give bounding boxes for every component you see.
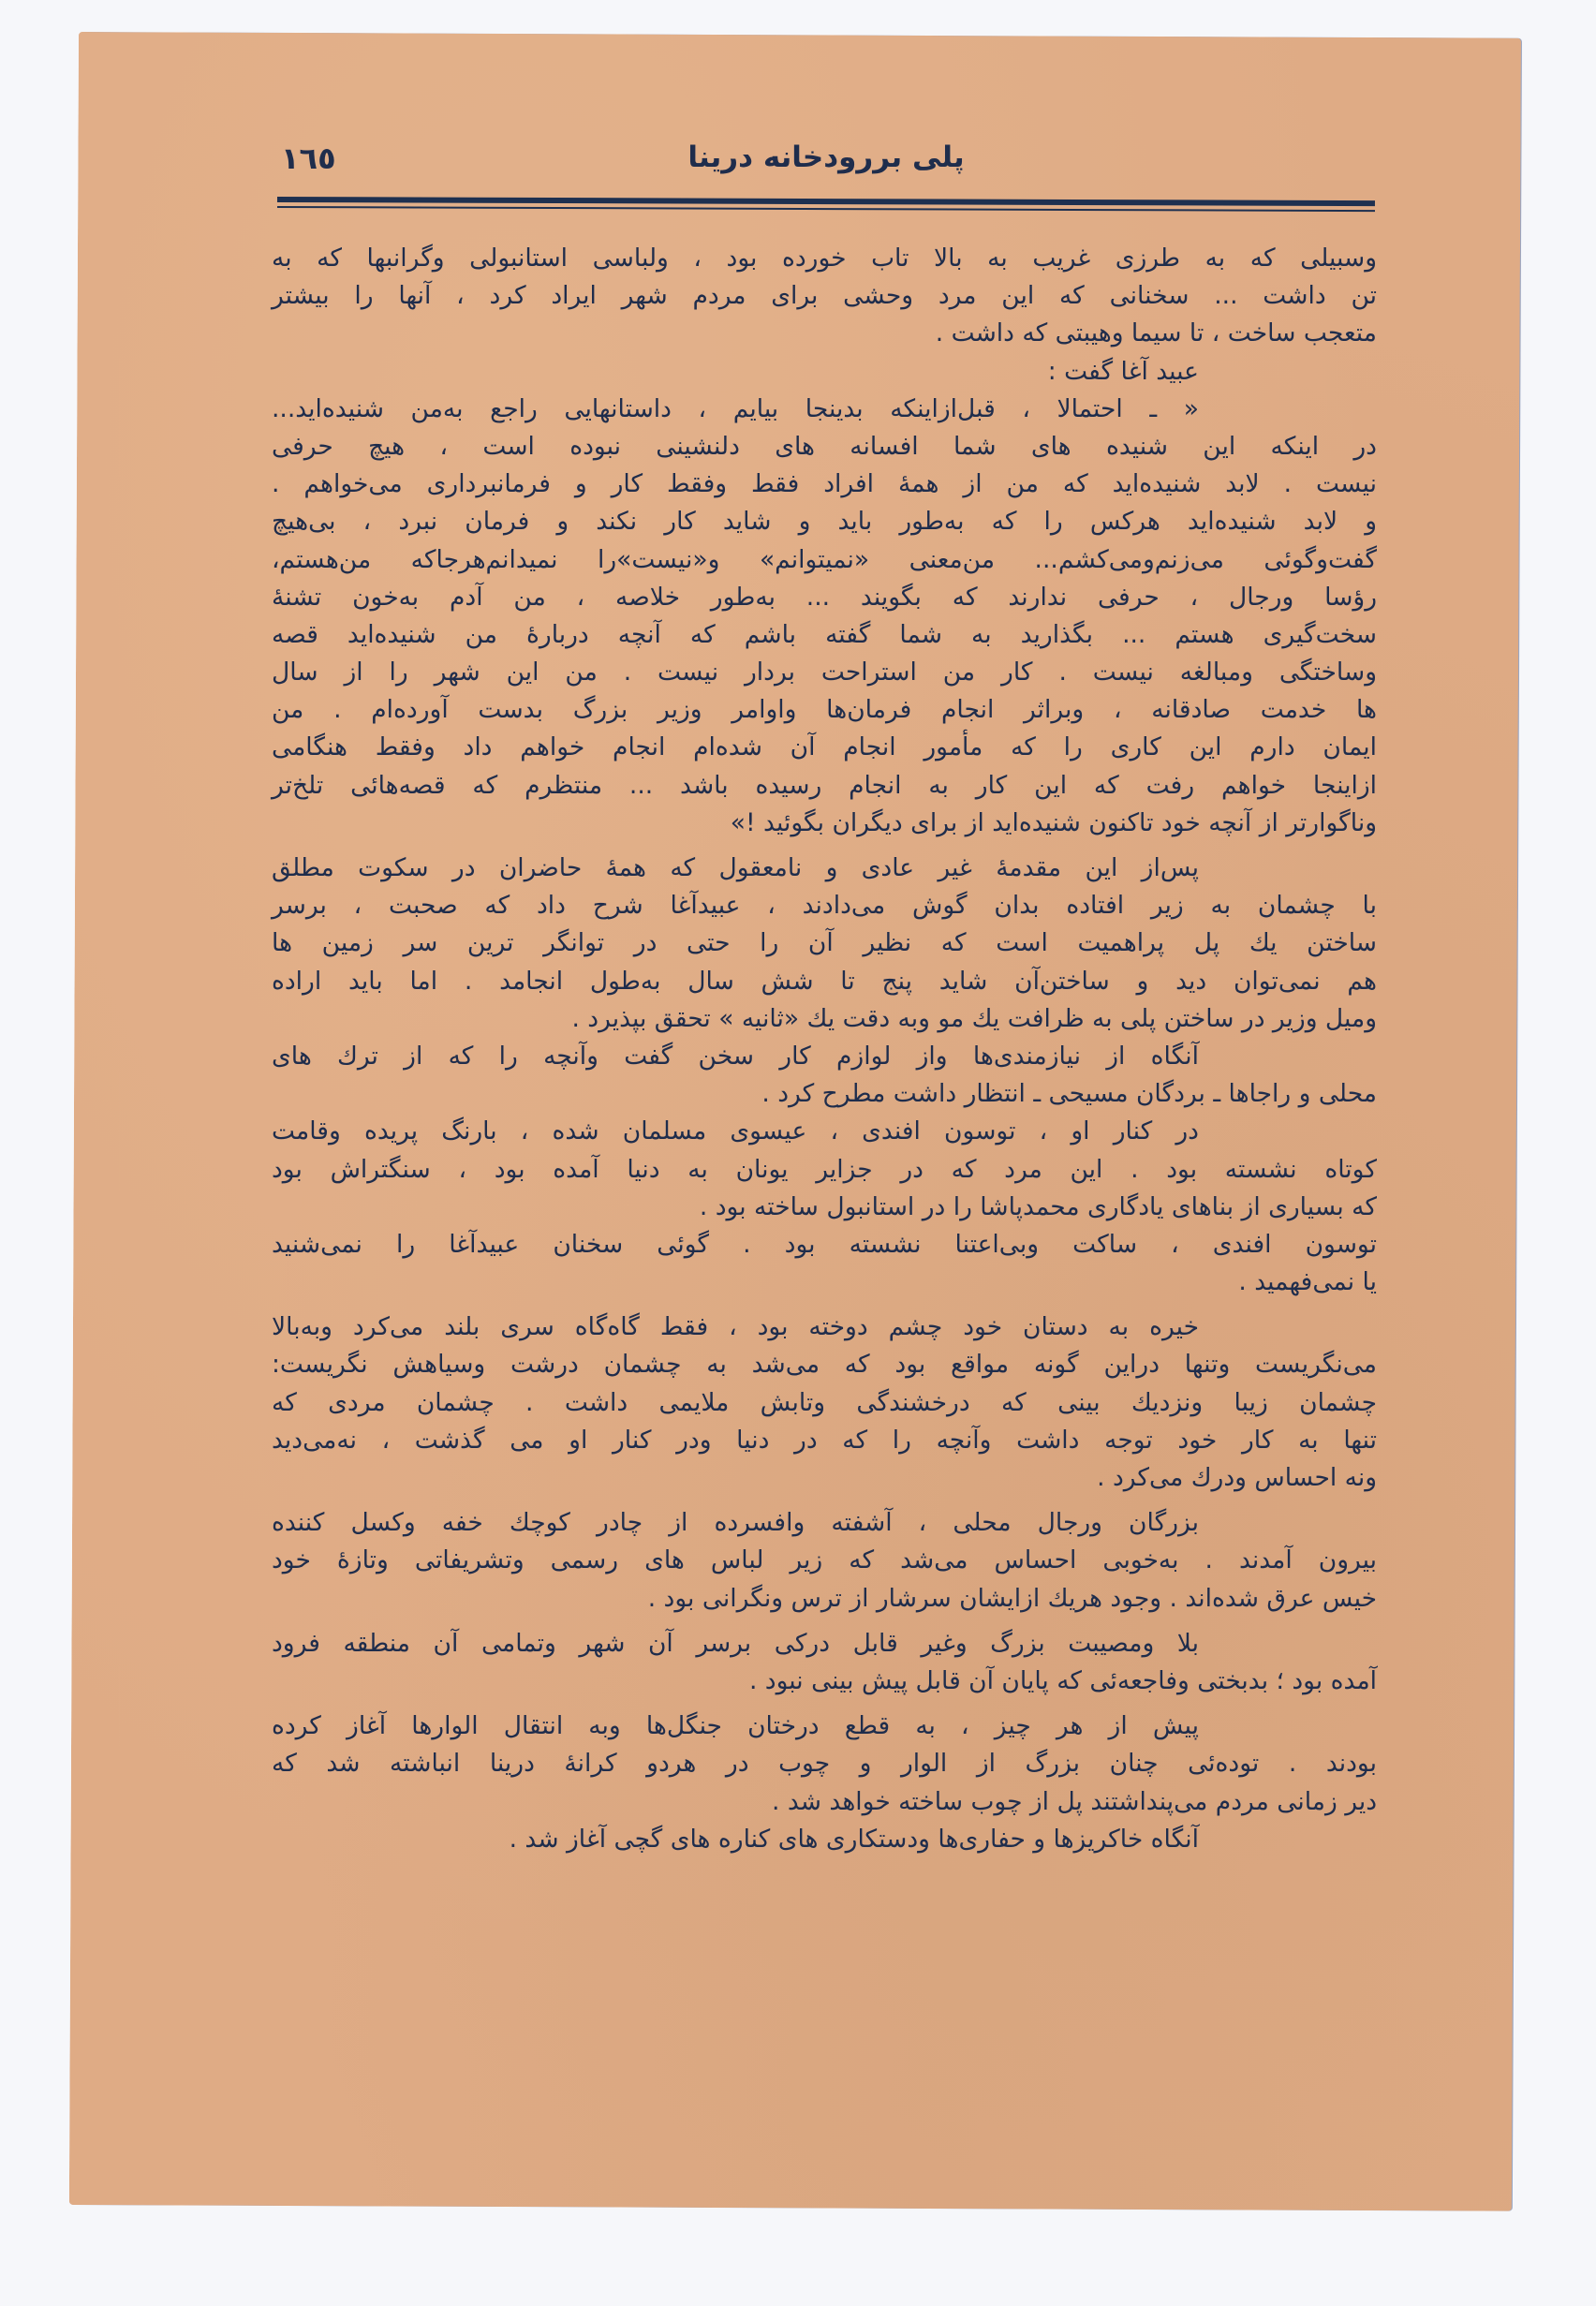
text-line: ساختن یك پل پراهمیت است که نظیر آن را حت… [272, 924, 1377, 962]
body-text: وسبیلی که به طرزی غریب به بالا تاب خورده… [272, 240, 1377, 1858]
text-line: ایمان دارم این کاری را که مأمور انجام آن… [272, 729, 1377, 766]
text-line: بودند . توده‌ئی چنان بزرگ از الوار و چوب… [272, 1745, 1377, 1782]
text-line: و لابد شنیده‌اید هرکس را که به‌طور باید … [272, 503, 1377, 540]
text-line: با چشمان به زیر افتاده بدان گوش می‌دادند… [272, 887, 1377, 924]
speaker-line: عبید آغا گفت : [272, 353, 1377, 391]
text-line: وناگوارتر از آنچه خود تاکنون شنیده‌اید ا… [272, 805, 1377, 842]
text-line: ومیل وزیر در ساختن پلی به ظرافت یك مو وب… [272, 1000, 1377, 1038]
paragraph-start: آنگاه خاکریزها و حفاری‌ها ودستکاری های ک… [272, 1821, 1377, 1858]
paragraph-start: خیره به دستان خود چشم دوخته بود ، فقط گا… [272, 1308, 1377, 1346]
text-line: تنها به کار خود توجه داشت وآنچه را که در… [272, 1422, 1377, 1459]
text-line: ونه احساس ودرك می‌کرد . [272, 1459, 1377, 1497]
text-line: می‌نگریست وتنها دراین گونه مواقع بود که … [272, 1346, 1377, 1383]
text-line: گفت‌وگوئی می‌زنم‌ومی‌کشم... من‌معنی «نمی… [272, 541, 1377, 579]
paragraph-start: پیش از هر چیز ، به قطع درختان جنگل‌ها وب… [272, 1707, 1377, 1745]
text-line: تن داشت ... سخنانی که این مرد وحشی برای … [272, 277, 1377, 315]
text-line: « ـ احتمالا ، قبل‌ازاینکه بدینجا بیایم ،… [272, 391, 1377, 428]
text-line: خیس عرق شده‌اند . وجود هریك ازایشان سرشا… [272, 1580, 1377, 1618]
text-line: وساختگی ومبالغه نیست . کار من استراحت بر… [272, 654, 1377, 691]
text-line: چشمان زیبا ونزدیك بینی که درخشندگی وتابش… [272, 1384, 1377, 1422]
text-line: آمده بود ؛ بدبختی وفاجعه‌ئی که پایان آن … [272, 1663, 1377, 1700]
text-line: ازاینجا خواهم رفت که این کار به انجام رس… [272, 767, 1377, 805]
paragraph-start: آنگاه از نیازمندی‌ها واز لوازم کار سخن گ… [272, 1038, 1377, 1075]
text-line: محلی و راجاها ـ بردگان مسیحی ـ انتظار دا… [272, 1075, 1377, 1113]
text-line: وسبیلی که به طرزی غریب به بالا تاب خورده… [272, 240, 1377, 277]
text-line: رؤسا ورجال ، حرفی ندارند که بگویند ... ب… [272, 579, 1377, 616]
text-line: ها خدمت صادقانه ، وبراثر انجام فرمان‌ها … [272, 691, 1377, 729]
text-line: هم نمی‌توان دید و ساختن‌آن شاید پنج تا ش… [272, 963, 1377, 1000]
paragraph-start: بلا ومصیبت بزرگ وغیر قابل درکی برسر آن ش… [272, 1625, 1377, 1663]
paragraph-start: بزرگان ورجال محلی ، آشفته وافسرده از چاد… [272, 1504, 1377, 1542]
paragraph-start: پس‌از این مقدمهٔ غیر عادی و نامعقول که ه… [272, 850, 1377, 887]
text-line: کوتاه نشسته بود . این مرد که در جزایر یو… [272, 1151, 1377, 1189]
text-line: دیر زمانی مردم می‌پنداشتند پل از چوب ساخ… [272, 1783, 1377, 1821]
text-line: در اینکه این شنیده های شما افسانه های دل… [272, 428, 1377, 466]
paragraph-start: توسون افندی ، ساکت وبی‌اعتنا نشسته بود .… [272, 1226, 1377, 1264]
text-line: که بسیاری از بناهای یادگاری محمدپاشا را … [272, 1189, 1377, 1226]
text-line: سخت‌گیری هستم ... بگذارید به شما گفته با… [272, 616, 1377, 654]
text-line: بیرون آمدند . به‌خوبی احساس می‌شد که زیر… [272, 1542, 1377, 1579]
text-line: نیست . لابد شنیده‌اید که من از همهٔ افرا… [272, 466, 1377, 503]
text-line: یا نمی‌فهمید . [272, 1264, 1377, 1301]
running-header-title: پلی بررودخانه درینا [277, 140, 1375, 197]
text-line: متعجب ساخت ، تا سیما وهیبتی که داشت . [272, 315, 1377, 352]
paragraph-start: در کنار او ، توسون افندی ، عیسوی مسلمان … [272, 1113, 1377, 1150]
